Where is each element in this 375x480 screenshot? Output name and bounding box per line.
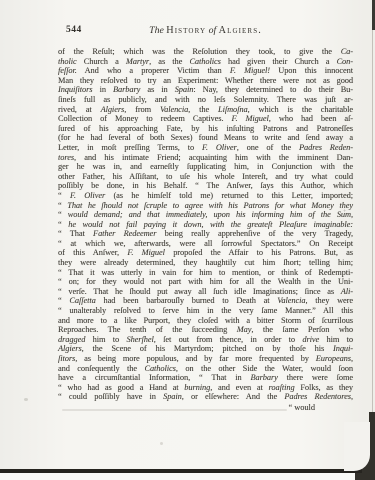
book-page-scan: 544 The History of Algiers. of the Reſul… xyxy=(0,0,375,480)
text-line: “ could poſſibly have in Spain, or elſew… xyxy=(58,392,353,402)
roman-text: “ verſe. That he ſhould put away all ſuc… xyxy=(58,287,341,296)
roman-text: , one of the xyxy=(237,143,299,152)
roman-text: Upon this innocent xyxy=(270,66,353,75)
roman-text: “ xyxy=(58,210,68,219)
text-line: feſſor. And who a properer Victim than F… xyxy=(58,66,353,76)
italic-text: he would not fail paying it down, with t… xyxy=(68,220,353,229)
italic-text: Inquiſitors xyxy=(58,85,93,94)
roman-text: “ xyxy=(58,296,69,305)
text-line: “ would demand; and that immediately, up… xyxy=(58,210,353,220)
roman-text: : Nay, they determined to do their Bu- xyxy=(193,85,353,94)
roman-text: “ unalterably reſolved to ſerve him in t… xyxy=(58,306,353,315)
italic-text: Spain xyxy=(175,85,194,94)
text-line: tores, and his intimate Friend; acquaint… xyxy=(58,153,353,163)
italic-text: Martyr xyxy=(126,57,149,66)
roman-text: , the ſame Perſon who xyxy=(251,325,353,334)
roman-text: Reproaches. The tenth of the ſucceeding xyxy=(58,325,237,334)
italic-text: Algiers xyxy=(101,105,125,114)
roman-text: being really apprehenſive of the very Tr… xyxy=(156,229,353,238)
text-line: Collection of Money to redeem Captives. … xyxy=(58,114,353,124)
roman-text: have a circumſtantial Information, “ Tha… xyxy=(58,373,250,382)
text-line: “ on; for they would not part with him f… xyxy=(58,277,353,287)
italic-text: F. Miguel xyxy=(232,114,269,123)
roman-text: (for he had ſeveral of both Sexes) found… xyxy=(58,133,353,142)
roman-text: ger he was in, and earneſtly ſupplicatin… xyxy=(58,162,353,171)
roman-text: , and his intimate Friend; acquainting h… xyxy=(74,153,353,162)
text-line: Inquiſitors in Barbary as in Spain: Nay,… xyxy=(58,85,353,95)
roman-text: and conſequently the xyxy=(58,364,144,373)
roman-text: as in xyxy=(140,85,174,94)
roman-text: , or elſewhere: And the xyxy=(182,392,285,401)
running-head-lead: The xyxy=(149,25,164,36)
roman-text: , which is the charitable xyxy=(248,105,353,114)
roman-text: “ could poſſibly have in xyxy=(58,392,163,401)
italic-text: F. Miguel xyxy=(127,248,165,257)
italic-text: Catholics xyxy=(144,364,175,373)
text-line: of the Reſult; which was the Reſolution … xyxy=(58,47,353,57)
italic-text: roaſting xyxy=(269,383,295,392)
roman-text: Man they reſolved to try an Experiment: … xyxy=(58,76,353,85)
roman-text: , the Scene of his Martyrdom; pitched on… xyxy=(82,344,333,353)
book-page: 544 The History of Algiers. of the Reſul… xyxy=(0,0,375,480)
italic-text: That he ſhould not ſcruple to agree with… xyxy=(67,201,353,210)
italic-text: dragged xyxy=(58,335,85,344)
text-line: Letter, in moſt preſſing Terms, to F. Ol… xyxy=(58,143,353,153)
roman-text: had given their Church a xyxy=(221,57,337,66)
text-line: “ unalterably reſolved to ſerve him in t… xyxy=(58,306,353,316)
roman-text: , from xyxy=(124,105,160,114)
italic-text: Barbary xyxy=(113,85,140,94)
roman-text: , they were xyxy=(305,296,353,305)
text-line: (for he had ſeveral of both Sexes) found… xyxy=(58,133,353,143)
roman-text: there were ſome xyxy=(278,373,353,382)
text-line: “ verſe. That he ſhould put away all ſuc… xyxy=(58,287,353,297)
text-line: have a circumſtantial Information, “ Tha… xyxy=(58,373,353,383)
italic-text: burning xyxy=(184,383,210,392)
italic-text: Valencia xyxy=(277,296,305,305)
text-line: and more to a like Purport, they cloſed … xyxy=(58,316,353,326)
roman-text: , and even at xyxy=(210,383,268,392)
roman-text: Church a xyxy=(77,57,126,66)
italic-text: Europeans xyxy=(316,354,351,363)
scan-speck xyxy=(160,442,163,445)
text-line: ſineſs full as publicly, and with no leſ… xyxy=(58,95,353,105)
page-corner-curve xyxy=(344,422,370,471)
text-line: they were already determined, they haugh… xyxy=(58,258,353,268)
roman-text: “ xyxy=(58,191,70,200)
roman-text: ſineſs full as publicly, and with no leſ… xyxy=(58,95,353,104)
roman-text: poſſibly be done, in his Behalf. “ The A… xyxy=(58,181,353,190)
text-line: “ F. Oliver (as he himſelf told me) retu… xyxy=(58,191,353,201)
italic-text: F. Miguel! xyxy=(230,66,270,75)
text-line: of this Anſwer, F. Miguel propoſed the A… xyxy=(58,248,353,258)
italic-text: Ca- xyxy=(341,47,353,56)
text-line: “ who had as good a Hand at burning, and… xyxy=(58,383,353,393)
italic-text: Algiers xyxy=(58,344,82,353)
roman-text: , as being more populous, and by far mor… xyxy=(75,354,316,363)
roman-text: other Father, his Aſſiſtant, to uſe his … xyxy=(58,172,353,181)
italic-text: May xyxy=(237,325,252,334)
text-line: Algiers, the Scene of his Martyrdom; pit… xyxy=(58,344,353,354)
scan-speck xyxy=(24,398,28,401)
roman-text: Folks, as they xyxy=(295,383,353,392)
italic-text: Sherſhel xyxy=(126,335,153,344)
roman-text: , who had been aſ- xyxy=(269,114,353,123)
running-head-title2: Algiers. xyxy=(219,25,262,36)
italic-text: would demand; and that immediately, upon… xyxy=(68,210,353,219)
roman-text: and more to a like Purport, they cloſed … xyxy=(58,316,353,325)
roman-text: , on the other Side the Water, would ſoo… xyxy=(176,364,353,373)
italic-text: Spain xyxy=(163,392,182,401)
roman-text: of this Anſwer, xyxy=(58,248,127,257)
italic-text: Catholics xyxy=(189,57,220,66)
roman-text: “ at which we, afterwards, were all ſorr… xyxy=(58,239,353,248)
ink-smear xyxy=(62,409,287,411)
roman-text: “ on; for they would not part with him f… xyxy=(58,277,353,286)
running-head: The History of Algiers. xyxy=(58,25,353,36)
roman-text: , the xyxy=(188,105,218,114)
roman-text: “ That xyxy=(58,229,93,238)
text-line: “ he would not fail paying it down, with… xyxy=(58,220,353,230)
italic-text: Caſſetta xyxy=(69,296,95,305)
roman-text: “ xyxy=(58,201,67,210)
italic-text: feſſor. xyxy=(58,66,77,75)
text-line: dragged him to Sherſhel, ſet out from th… xyxy=(58,335,353,345)
roman-text: “ That it was utterly in vain for him to… xyxy=(58,268,353,277)
roman-text: , ſet out from thence, in order to xyxy=(154,335,303,344)
italic-text: Padres Reden- xyxy=(299,143,353,152)
roman-text: ſured of his approaching Fate, by his in… xyxy=(58,124,353,133)
roman-text: “ who had as good a Hand at xyxy=(58,383,184,392)
roman-text: , xyxy=(351,392,353,401)
roman-text: him to xyxy=(85,335,126,344)
text-line: “ at which we, afterwards, were all ſorr… xyxy=(58,239,353,249)
italic-text: Ali- xyxy=(341,287,353,296)
roman-text: of the Reſult; which was the Reſolution … xyxy=(58,47,341,56)
text-line: Reproaches. The tenth of the ſucceeding … xyxy=(58,325,353,335)
roman-text: And who a properer Victim than xyxy=(77,66,230,75)
text-line: “ Caſſetta had been barbarouſly burned t… xyxy=(58,296,353,306)
page-edge-line xyxy=(372,0,373,480)
roman-text: Letter, in moſt preſſing Terms, to xyxy=(58,143,202,152)
italic-text: Liſmoſna xyxy=(218,105,248,114)
roman-text: , as the xyxy=(149,57,189,66)
italic-text: tores xyxy=(58,153,74,162)
italic-text: F. Oliver xyxy=(202,143,237,152)
roman-text: “ xyxy=(58,220,68,229)
roman-text: propoſed the Affair to his Patrons. But,… xyxy=(165,248,353,257)
italic-text: tholic xyxy=(58,57,77,66)
roman-text: , xyxy=(351,354,353,363)
body-text: of the Reſult; which was the Reſolution … xyxy=(58,47,353,402)
roman-text: Collection of Money to redeem Captives. xyxy=(58,114,232,123)
roman-text: they were already determined, they haugh… xyxy=(58,258,353,267)
roman-text: (as he himſelf told me) returned to this… xyxy=(105,191,353,200)
roman-text: in xyxy=(93,85,114,94)
text-line: and conſequently the Catholics, on the o… xyxy=(58,364,353,374)
roman-text: rived, at xyxy=(58,105,101,114)
italic-text: ſitors xyxy=(58,354,75,363)
text-line: other Father, his Aſſiſtant, to uſe his … xyxy=(58,172,353,182)
text-line: “ That it was utterly in vain for him to… xyxy=(58,268,353,278)
text-line: rived, at Algiers, from Valencia, the Li… xyxy=(58,105,353,115)
text-line: ſured of his approaching Fate, by his in… xyxy=(58,124,353,134)
italic-text: Padres Redentores xyxy=(284,392,351,401)
text-line: ger he was in, and earneſtly ſupplicatin… xyxy=(58,162,353,172)
italic-text: Inqui- xyxy=(333,344,353,353)
roman-text: had been barbarouſly burned to Death at xyxy=(96,296,278,305)
italic-text: Father Redeemer xyxy=(93,229,156,238)
catchword: “ would xyxy=(289,403,316,412)
italic-text: Barbary xyxy=(250,373,277,382)
italic-text: drive xyxy=(302,335,319,344)
page-header: 544 The History of Algiers. xyxy=(58,25,353,39)
text-line: Man they reſolved to try an Experiment: … xyxy=(58,76,353,86)
italic-text: Valencia xyxy=(160,105,188,114)
text-line: “ That he ſhould not ſcruple to agree wi… xyxy=(58,201,353,211)
italic-text: F. Oliver xyxy=(70,191,105,200)
text-line: ſitors, as being more populous, and by f… xyxy=(58,354,353,364)
running-head-title: History xyxy=(166,25,206,36)
running-head-mid: of xyxy=(209,25,217,36)
scan-speck: + xyxy=(343,210,348,215)
text-line: poſſibly be done, in his Behalf. “ The A… xyxy=(58,181,353,191)
roman-text: him to xyxy=(319,335,353,344)
text-line: tholic Church a Martyr, as the Catholics… xyxy=(58,57,353,67)
text-line: “ That Father Redeemer being really appr… xyxy=(58,229,353,239)
italic-text: Con- xyxy=(337,57,353,66)
scan-bed-bottom xyxy=(0,473,355,480)
